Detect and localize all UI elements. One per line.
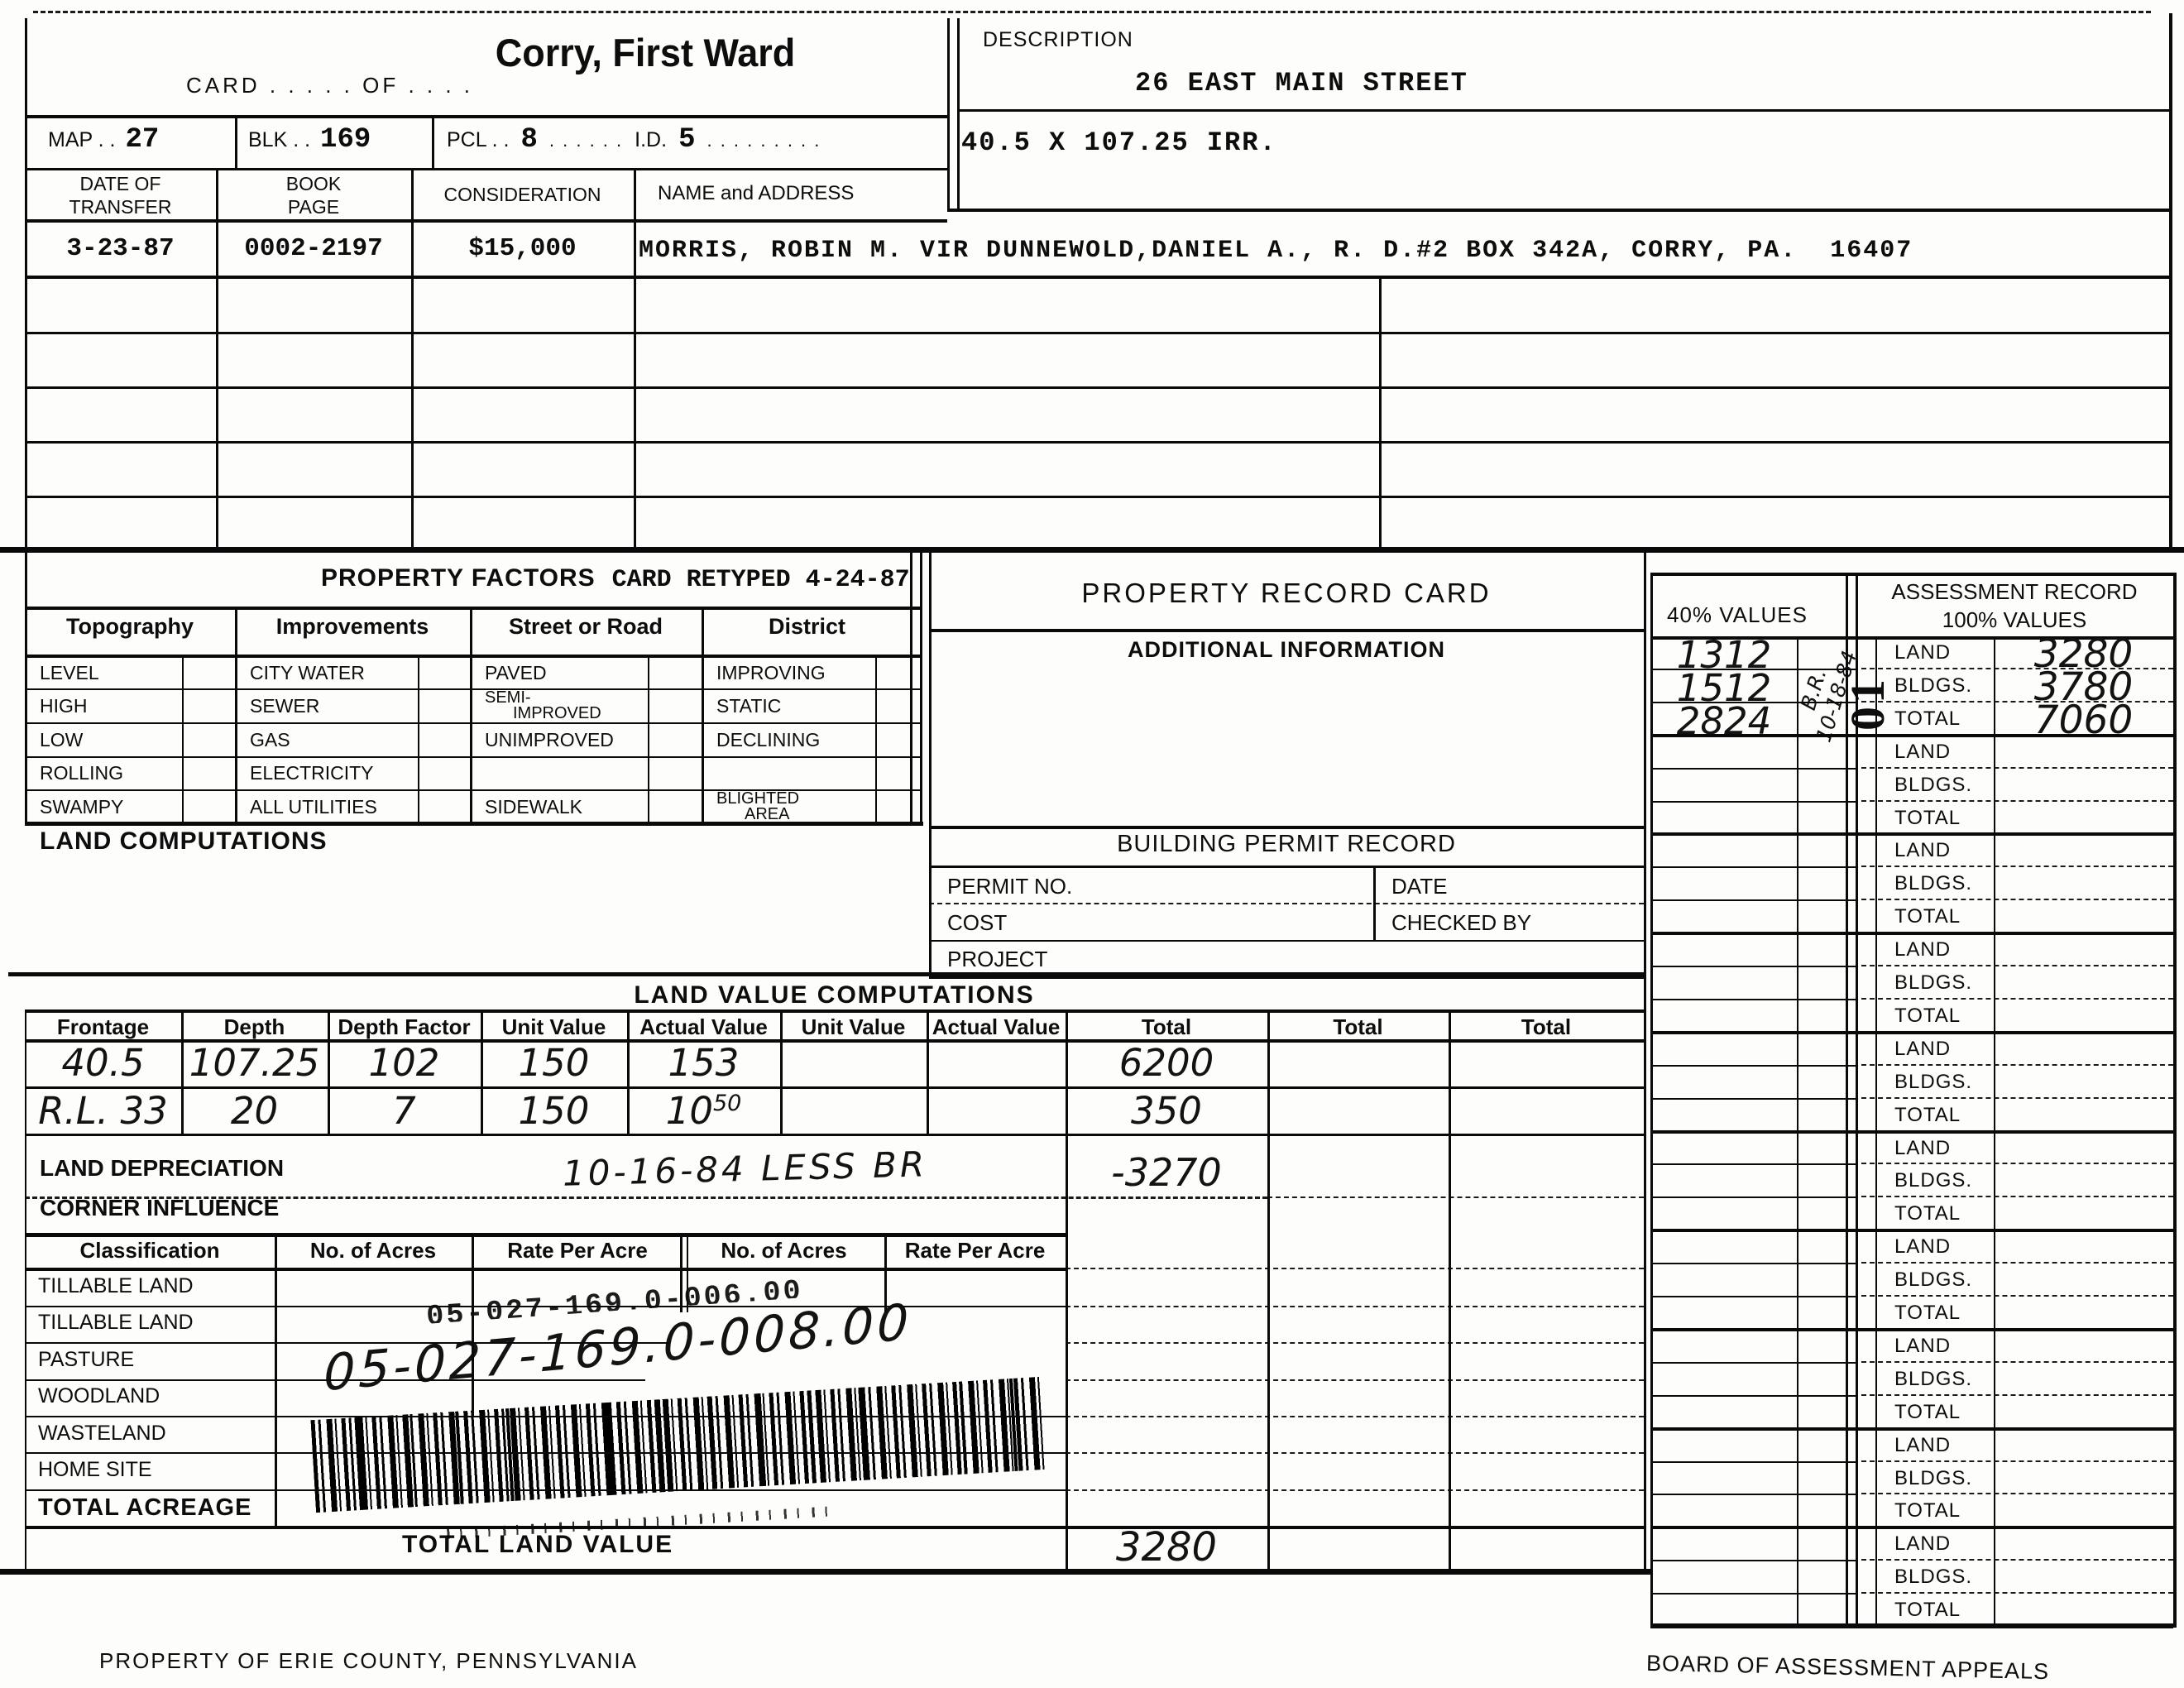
grid-line xyxy=(929,826,1644,829)
factors-item: BLIGHTEDAREA xyxy=(716,791,799,822)
factors-column-header: Improvements xyxy=(235,614,470,640)
assessment-row-label: TOTAL xyxy=(1894,1599,1961,1622)
assessment-row-label: TOTAL xyxy=(1894,1499,1961,1523)
assessment-row-label: TOTAL xyxy=(1894,905,1961,928)
assessment-row-label: BLDGS. xyxy=(1894,1071,1972,1094)
grid-line xyxy=(648,655,649,822)
assessment-row-separator xyxy=(1861,1394,2173,1396)
grid-line xyxy=(25,1489,1066,1491)
factors-item: HIGH xyxy=(40,695,88,717)
grid-line xyxy=(1644,972,1646,1571)
assessment-row-separator xyxy=(1861,998,2173,1000)
assessment-group-separator xyxy=(1650,932,2173,935)
classification-row-label: TILLABLE LAND xyxy=(38,1311,194,1335)
assessment-group-separator xyxy=(1650,1130,2173,1134)
lvc-cell-handwritten: 6200 xyxy=(1066,1041,1267,1085)
land-value-computations-title: LAND VALUE COMPUTATIONS xyxy=(25,981,1644,1009)
grid-line xyxy=(25,1342,670,1344)
factors-item: ALL UTILITIES xyxy=(250,796,377,818)
grid-line xyxy=(920,550,922,823)
grid-line xyxy=(1846,573,1848,1627)
assessment-row-label: BLDGS. xyxy=(1894,774,1972,797)
grid-line xyxy=(929,550,932,976)
checked-by-label: CHECKED BY xyxy=(1391,910,1531,936)
grid-line xyxy=(33,11,2151,13)
land-depreciation-amount-handwritten: -3270 xyxy=(1066,1150,1267,1195)
assessment-row-separator xyxy=(1861,767,2173,769)
assessment-row-label: TOTAL xyxy=(1894,1104,1961,1127)
assessment-group-separator xyxy=(1650,1328,2173,1331)
grid-line xyxy=(418,655,419,822)
assessment-row-separator xyxy=(1861,866,2173,867)
assessment-row-label: TOTAL xyxy=(1894,807,1961,830)
footer-property-of: PROPERTY OF ERIE COUNTY, PENNSYLVANIA xyxy=(99,1648,638,1674)
grid-line xyxy=(2173,573,2177,1627)
assessment-row-separator xyxy=(1861,1361,2173,1363)
factors-column-header: Street or Road xyxy=(470,614,702,640)
assessment-row-separator xyxy=(1650,1296,1856,1297)
assessment-row-separator xyxy=(1650,1263,1856,1264)
classification-column-header: Classification xyxy=(25,1238,275,1264)
assessment-row-separator xyxy=(1861,1262,2173,1264)
grid-line xyxy=(1650,573,2177,576)
pcl-id-field: PCL . . 8 . . . . . . I.D. 5 . . . . . .… xyxy=(447,124,821,156)
grid-line xyxy=(634,168,636,550)
grid-line xyxy=(25,1134,1644,1136)
lvc-column-header: Depth xyxy=(181,1014,328,1040)
grid-line xyxy=(411,168,414,550)
description-label: DESCRIPTION xyxy=(983,28,1133,52)
classification-row-label: TILLABLE LAND xyxy=(38,1274,194,1298)
assessment-row-separator xyxy=(1650,899,1856,901)
lvc-cell-handwritten: 20 xyxy=(181,1089,328,1133)
map-value: 27 xyxy=(126,124,160,156)
grid-line xyxy=(1650,573,1653,1627)
grid-line xyxy=(216,168,218,550)
grid-line xyxy=(25,1306,1066,1307)
grid-line xyxy=(25,332,2169,334)
assessment-row-label: TOTAL xyxy=(1894,1401,1961,1424)
permit-date-label: DATE xyxy=(1391,874,1447,899)
additional-information-label: ADDITIONAL INFORMATION xyxy=(929,637,1644,663)
classification-column-header: No. of Acres xyxy=(683,1238,884,1264)
factors-item: STATIC xyxy=(716,695,781,717)
grid-line xyxy=(1373,866,1376,940)
id-dot-leader: . . . . . . . . . xyxy=(706,130,821,151)
grid-line xyxy=(1066,1452,1644,1454)
lvc-column-header: Total xyxy=(1066,1014,1267,1040)
grid-line xyxy=(25,1379,645,1381)
assessment-row-label: TOTAL xyxy=(1894,1202,1961,1225)
ward-title: Corry, First Ward xyxy=(447,31,844,76)
transfer-consideration: $15,000 xyxy=(411,234,634,263)
grid-line xyxy=(25,386,2169,389)
grid-line xyxy=(947,209,2169,212)
id-value: 5 xyxy=(678,124,695,156)
assessment-value-handwritten: 7060 xyxy=(1995,698,2172,743)
description-address: 26 EAST MAIN STREET xyxy=(1135,68,1468,98)
grid-line xyxy=(1379,276,1382,549)
grid-line xyxy=(1066,1379,1644,1381)
assessment-row-label: BLDGS. xyxy=(1894,1268,1972,1292)
assessment-row-label: LAND xyxy=(1894,1235,1951,1259)
lvc-cell-handwritten: 102 xyxy=(328,1041,481,1085)
assessment-row-label: LAND xyxy=(1894,938,1951,961)
lvc-cell-handwritten: 350 xyxy=(1066,1089,1267,1133)
assessment-row-separator xyxy=(1650,866,1856,868)
building-permit-record-title: BUILDING PERMIT RECORD xyxy=(929,831,1644,858)
factors-item: SIDEWALK xyxy=(485,796,582,818)
forty-percent-value-handwritten: 2824 xyxy=(1655,699,1794,743)
grid-line xyxy=(875,655,877,822)
forty-percent-values-label: 40% VALUES xyxy=(1667,602,1808,628)
assessment-row-separator xyxy=(1861,1097,2173,1099)
factors-item: LOW xyxy=(40,729,83,751)
grid-line xyxy=(25,722,920,724)
transfer-name-address: MORRIS, ROBIN M. VIR DUNNEWOLD,DANIEL A.… xyxy=(639,237,1913,265)
map-label: MAP . . xyxy=(48,128,116,152)
id-label: I.D. xyxy=(635,128,667,152)
lvc-column-header: Total xyxy=(1449,1014,1644,1040)
total-land-value-handwritten: 3280 xyxy=(1066,1524,1267,1571)
assessment-row-separator xyxy=(1650,1196,1856,1198)
assessment-row-separator xyxy=(1650,1362,1856,1364)
classification-row-label: WOODLAND xyxy=(38,1384,160,1408)
lvc-cell-handwritten: 1050 xyxy=(627,1089,780,1133)
assessment-row-label: LAND xyxy=(1894,1532,1951,1556)
grid-line xyxy=(25,496,2169,498)
classification-row-label: HOME SITE xyxy=(38,1458,152,1482)
assessment-row-label: BLDGS. xyxy=(1894,674,1972,698)
lvc-column-header: Depth Factor xyxy=(328,1014,481,1040)
factors-item-line2: AREA xyxy=(716,807,799,822)
grid-line xyxy=(2169,13,2172,548)
map-field: MAP . . 27 xyxy=(48,124,159,156)
assessment-row-label: TOTAL xyxy=(1894,1005,1961,1028)
barcode xyxy=(310,1377,1046,1513)
assessment-row-label: LAND xyxy=(1894,1434,1951,1457)
grid-line xyxy=(25,168,947,170)
assessment-row-separator xyxy=(1861,1163,2173,1164)
land-computations-label: LAND COMPUTATIONS xyxy=(40,827,328,856)
assessment-row-separator xyxy=(1861,1295,2173,1297)
grid-line xyxy=(25,1009,1644,1013)
grid-line xyxy=(1066,1416,1644,1417)
assessment-row-separator xyxy=(1650,1494,1856,1495)
pcl-value: 8 xyxy=(521,124,538,156)
lvc-column-header: Unit Value xyxy=(481,1014,627,1040)
assessment-row-label: BLDGS. xyxy=(1894,971,1972,995)
transfer-book-page: 0002-2197 xyxy=(216,234,411,263)
grid-line xyxy=(1267,1196,1644,1198)
assessment-row-label: TOTAL xyxy=(1894,1302,1961,1325)
lvc-cell-handwritten: 153 xyxy=(627,1041,780,1085)
card-of-label: CARD . . . . . OF . . . . xyxy=(186,73,473,98)
factors-item: DECLINING xyxy=(716,729,820,751)
grid-line xyxy=(432,117,434,170)
grid-line xyxy=(957,109,2169,112)
assessment-record-label-line1: ASSESSMENT RECORD xyxy=(1856,579,2173,605)
grid-line xyxy=(25,1233,1066,1237)
factors-item-line2: IMPROVED xyxy=(485,706,601,722)
assessment-row-label: LAND xyxy=(1894,641,1951,664)
col-header-book-page: BOOK PAGE xyxy=(216,173,411,218)
grid-line xyxy=(1066,1489,1644,1491)
assessment-row-separator xyxy=(1650,768,1856,770)
grid-line xyxy=(1066,1268,1644,1269)
grid-line xyxy=(25,607,920,610)
assessment-row-label: LAND xyxy=(1894,1038,1951,1061)
assessment-record-label-line2: 100% VALUES xyxy=(1856,607,2173,633)
assessment-row-label: BLDGS. xyxy=(1894,1566,1972,1589)
grid-line xyxy=(25,1526,1644,1529)
grid-line xyxy=(25,1268,1066,1271)
assessment-group-separator xyxy=(1650,1625,2173,1628)
assessment-row-label: BLDGS. xyxy=(1894,1169,1972,1192)
property-factors-title-print: PROPERTY FACTORS xyxy=(321,564,596,592)
assessment-row-separator xyxy=(1650,801,1856,803)
permit-no-label: PERMIT NO. xyxy=(947,874,1072,899)
lvc-column-header: Actual Value xyxy=(927,1014,1066,1040)
assessment-row-separator xyxy=(1861,1460,2173,1462)
grid-line xyxy=(929,903,1644,904)
grid-line xyxy=(929,629,1644,632)
grid-line xyxy=(1449,1009,1451,1571)
assessment-row-separator xyxy=(1650,1395,1856,1397)
assessment-row-separator xyxy=(1650,1593,1856,1594)
grid-line xyxy=(235,117,237,170)
lvc-column-header: Frontage xyxy=(25,1014,181,1040)
grid-line xyxy=(25,276,2169,279)
col-header-date-line1: DATE OF xyxy=(25,173,216,196)
factors-item: SWAMPY xyxy=(40,796,123,818)
property-record-card-title: PROPERTY RECORD CARD xyxy=(929,578,1644,609)
factors-item-line1: BLIGHTED xyxy=(716,791,799,807)
factors-item: ELECTRICITY xyxy=(250,762,374,784)
assessment-row-separator xyxy=(1861,965,2173,966)
factors-item: UNIMPROVED xyxy=(485,729,614,751)
grid-line xyxy=(25,688,920,690)
grid-line xyxy=(8,972,1644,976)
assessment-row-label: BLDGS. xyxy=(1894,1368,1972,1391)
classification-column-header: Rate Per Acre xyxy=(884,1238,1066,1264)
col-header-consideration: CONSIDERATION xyxy=(411,184,634,206)
assessment-row-label: BLDGS. xyxy=(1894,872,1972,895)
assessment-group-separator xyxy=(1650,1526,2173,1529)
assessment-row-separator xyxy=(1861,1493,2173,1494)
property-record-card-document: CARD . . . . . OF . . . . Corry, First W… xyxy=(0,0,2184,1688)
assessment-row-separator xyxy=(1861,1064,2173,1066)
lvc-cell-handwritten: 150 xyxy=(481,1089,627,1133)
property-factors-title: PROPERTY FACTORS CARD RETYPED 4-24-87 xyxy=(321,564,910,594)
factors-column-header: District xyxy=(702,614,912,640)
factors-item: SEMI-IMPROVED xyxy=(485,690,601,722)
grid-line xyxy=(910,550,912,823)
transfer-date: 3-23-87 xyxy=(25,234,216,263)
grid-line xyxy=(25,550,27,823)
assessment-group-separator xyxy=(1650,1031,2173,1034)
assessment-row-label: LAND xyxy=(1894,1335,1951,1358)
assessment-row-separator xyxy=(1650,966,1856,967)
factors-item: IMPROVING xyxy=(716,662,826,684)
classification-row-label: TOTAL ACREAGE xyxy=(38,1494,251,1522)
grid-line xyxy=(947,18,950,210)
col-header-date-of-transfer: DATE OF TRANSFER xyxy=(25,173,216,218)
classification-column-header: Rate Per Acre xyxy=(472,1238,683,1264)
blk-label: BLK . . xyxy=(248,128,310,152)
assessment-group-separator xyxy=(1650,1427,2173,1431)
col-header-book-line1: BOOK xyxy=(216,173,411,196)
grid-line xyxy=(1644,550,1646,976)
factors-item: SEWER xyxy=(250,695,319,717)
lvc-cell-handwritten: 7 xyxy=(328,1089,481,1133)
cost-label: COST xyxy=(947,910,1007,936)
assessment-row-label: TOTAL xyxy=(1894,707,1961,731)
assessment-row-separator xyxy=(1650,1065,1856,1067)
assessment-row-label: LAND xyxy=(1894,1137,1951,1160)
assessment-row-separator xyxy=(1861,1592,2173,1594)
classification-column-header: No. of Acres xyxy=(275,1238,472,1264)
classification-row-label: PASTURE xyxy=(38,1348,134,1372)
factors-item: CITY WATER xyxy=(250,662,365,684)
grid-line xyxy=(25,1452,1066,1454)
land-depreciation-label: LAND DEPRECIATION xyxy=(40,1155,284,1182)
grid-line xyxy=(275,1233,277,1526)
factors-item: PAVED xyxy=(485,662,547,684)
grid-line xyxy=(182,655,184,822)
assessment-row-separator xyxy=(1650,1560,1856,1561)
pcl-dot-leader: . . . . . . xyxy=(549,130,623,151)
grid-line xyxy=(929,940,1644,942)
factors-item: ROLLING xyxy=(40,762,123,784)
assessment-group-separator xyxy=(1650,832,2173,836)
blk-field: BLK . . 169 xyxy=(248,124,371,156)
col-header-book-line2: PAGE xyxy=(216,196,411,219)
grid-line xyxy=(25,18,27,548)
lvc-column-header: Unit Value xyxy=(780,1014,927,1040)
grid-line xyxy=(25,1196,1267,1199)
assessment-row-label: LAND xyxy=(1894,839,1951,862)
grid-line xyxy=(0,547,2184,553)
total-land-value-label: TOTAL LAND VALUE xyxy=(402,1531,673,1559)
grid-line xyxy=(25,655,920,658)
grid-line xyxy=(25,756,920,758)
grid-line xyxy=(25,115,947,118)
lvc-column-header: Actual Value xyxy=(627,1014,780,1040)
assessment-row-separator xyxy=(1650,1461,1856,1463)
grid-line xyxy=(957,18,960,210)
grid-line xyxy=(1856,573,1858,1627)
grid-line xyxy=(25,219,947,223)
factors-item: LEVEL xyxy=(40,662,99,684)
grid-line xyxy=(1066,1342,1644,1344)
assessment-row-label: LAND xyxy=(1894,741,1951,764)
blk-value: 169 xyxy=(320,124,371,156)
assessment-row-separator xyxy=(1861,899,2173,900)
assessment-group-separator xyxy=(1650,1229,2173,1232)
description-dimensions: 40.5 X 107.25 IRR. xyxy=(961,127,1277,158)
lvc-cell-handwritten: 150 xyxy=(481,1041,627,1085)
land-depreciation-note-handwritten: 10-16-84 LESS BR xyxy=(562,1144,927,1194)
assessment-row-separator xyxy=(1650,1163,1856,1165)
col-header-date-line2: TRANSFER xyxy=(25,196,216,219)
footer-board-of-assessment: BOARD OF ASSESSMENT APPEALS xyxy=(1646,1651,2050,1685)
lvc-column-header: Total xyxy=(1267,1014,1449,1040)
lvc-cell-handwritten: 107.25 xyxy=(181,1041,328,1085)
lvc-cell-handwritten: R.L. 33 xyxy=(25,1089,181,1133)
assessment-row-separator xyxy=(1650,999,1856,1000)
classification-row-label: WASTELAND xyxy=(38,1422,166,1446)
assessment-row-separator xyxy=(1861,1559,2173,1561)
project-label: PROJECT xyxy=(947,947,1047,972)
lvc-cell-handwritten: 40.5 xyxy=(25,1041,181,1085)
grid-line xyxy=(1267,1009,1270,1571)
pcl-label: PCL . . xyxy=(447,128,510,152)
assessment-row-separator xyxy=(1650,1098,1856,1100)
property-factors-retyped-note: CARD RETYPED 4-24-87 xyxy=(612,566,910,594)
factors-column-header: Topography xyxy=(25,614,235,640)
assessment-row-label: BLDGS. xyxy=(1894,1467,1972,1490)
assessment-row-separator xyxy=(1861,800,2173,802)
grid-line xyxy=(0,1569,1650,1575)
grid-line xyxy=(929,866,1644,868)
assessment-row-separator xyxy=(1861,1196,2173,1197)
lvc-cell-superscript: 50 xyxy=(713,1091,741,1116)
grid-line xyxy=(25,441,2169,444)
col-header-name-address: NAME and ADDRESS xyxy=(658,182,854,205)
grid-line xyxy=(25,1416,1066,1417)
factors-item: GAS xyxy=(250,729,290,751)
grid-line xyxy=(1066,1306,1644,1307)
